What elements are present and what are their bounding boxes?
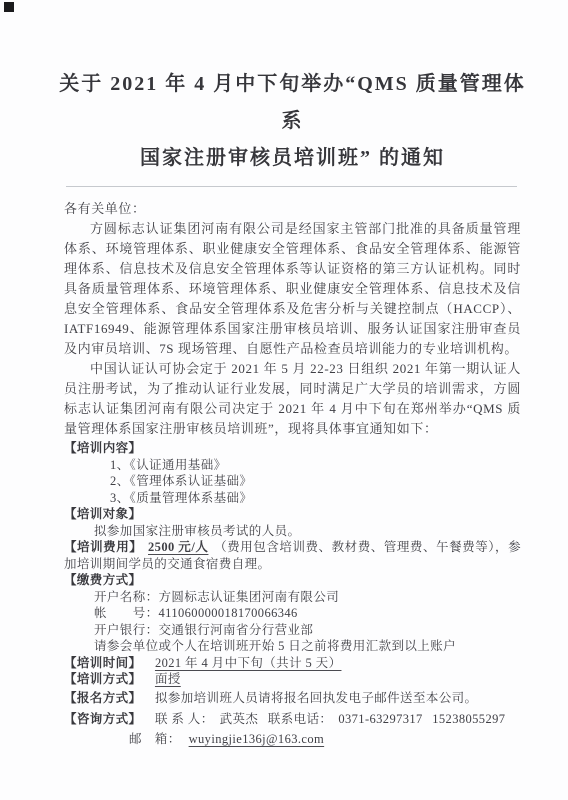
notice-text: 各有关单位： 方圆标志认证集团河南有限公司是经国家主管部门批准的具备质量管理体系… xyxy=(64,199,521,439)
scan-corner-mark-icon xyxy=(4,2,14,12)
document-body: 关于 2021 年 4 月中下旬举办“QMS 质量管理体系 国家注册审核员培训班… xyxy=(0,0,568,747)
contact-line: 【咨询方式】 联 系 人：武英杰 联系电话：0371-63297317 1523… xyxy=(64,711,521,728)
signup-label: 【报名方式】 xyxy=(64,691,141,705)
contact-person: 武英杰 xyxy=(220,712,259,726)
section-payment-label: 【缴费方式】 xyxy=(64,572,521,589)
bank-value: 交通银行河南省分行营业部 xyxy=(159,623,314,637)
notice-title-line-2: 国家注册审核员培训班” 的通知 xyxy=(140,147,445,169)
email-label: 邮 箱： xyxy=(129,732,181,746)
content-label: 【培训内容】 xyxy=(64,441,141,455)
section-audience-label: 【培训对象】 xyxy=(64,506,521,523)
signup-value: 拟参加培训班人员请将报名回执发电子邮件送至本公司。 xyxy=(155,691,478,705)
section-method: 【培训方式】 面授 xyxy=(64,671,521,688)
salutation: 各有关单位： xyxy=(64,199,521,219)
title-divider xyxy=(66,186,517,187)
bank-label: 开户银行： xyxy=(94,623,159,637)
payment-note: 请参会单位或个人在培训班开始 5 日之前将费用汇款到以上账户 xyxy=(64,638,521,655)
contact-phone-1: 0371-63297317 xyxy=(338,712,422,726)
notice-sections: 【培训内容】 1、《认证通用基础》 2、《管理体系认证基础》 3、《质量管理体系… xyxy=(64,440,521,747)
intro-paragraph: 方圆标志认证集团河南有限公司是经国家主管部门批准的具备质量管理体系、环境管理体系… xyxy=(64,219,521,359)
method-value: 面授 xyxy=(155,672,181,686)
payment-label: 【缴费方式】 xyxy=(64,573,141,587)
notice-title-line-1: 关于 2021 年 4 月中下旬举办“QMS 质量管理体系 xyxy=(59,73,526,132)
fee-label: 【培训费用】 xyxy=(64,540,142,554)
section-time: 【培训时间】 2021 年 4 月中下旬（共计 5 天） xyxy=(64,655,521,672)
time-value: 2021 年 4 月中下旬（共计 5 天） xyxy=(155,656,342,670)
time-label: 【培训时间】 xyxy=(64,656,141,670)
contact-label: 【咨询方式】 xyxy=(64,712,141,726)
fee-amount: 2500 元/人 xyxy=(148,540,208,554)
notice-title: 关于 2021 年 4 月中下旬举办“QMS 质量管理体系 国家注册审核员培训班… xyxy=(58,66,527,177)
method-label: 【培训方式】 xyxy=(64,672,141,686)
section-signup: 【报名方式】 拟参加培训班人员请将报名回执发电子邮件送至本公司。 xyxy=(64,690,521,707)
section-content-label: 【培训内容】 xyxy=(64,440,521,457)
course-item: 2、《管理体系认证基础》 xyxy=(64,473,521,490)
audience-text: 拟参加国家注册审核员考试的人员。 xyxy=(64,523,521,540)
account-name-label: 开户名称： xyxy=(94,590,159,604)
audience-label: 【培训对象】 xyxy=(64,507,141,521)
account-number-value: 411060000018170066346 xyxy=(159,606,298,620)
section-fee: 【培训费用】 2500 元/人 （费用包含培训费、教材费、管理费、午餐费等），参… xyxy=(64,539,521,572)
scanned-notice-page: 关于 2021 年 4 月中下旬举办“QMS 质量管理体系 国家注册审核员培训班… xyxy=(0,0,568,800)
course-item: 1、《认证通用基础》 xyxy=(64,457,521,474)
payment-row-account-number: 帐 号：411060000018170066346 xyxy=(64,605,521,622)
payment-row-bank: 开户银行：交通银行河南省分行营业部 xyxy=(64,622,521,639)
payment-row-account-name: 开户名称：方圆标志认证集团河南有限公司 xyxy=(64,589,521,606)
contact-phone-2: 15238055297 xyxy=(432,712,505,726)
contact-phone-label: 联系电话： xyxy=(268,712,333,726)
account-name-value: 方圆标志认证集团河南有限公司 xyxy=(159,590,340,604)
contact-person-label: 联 系 人： xyxy=(155,712,214,726)
announcement-paragraph: 中国认证认可协会定于 2021 年 5 月 22-23 日组织 2021 年第一… xyxy=(64,359,521,439)
section-contact: 【咨询方式】 联 系 人：武英杰 联系电话：0371-63297317 1523… xyxy=(64,711,521,747)
course-item: 3、《质量管理体系基础》 xyxy=(64,490,521,507)
email-value: wuyingjie136j@163.com xyxy=(189,732,325,746)
contact-email-line: 邮 箱：wuyingjie136j@163.com xyxy=(64,731,521,748)
account-number-label: 帐 号： xyxy=(94,606,159,620)
